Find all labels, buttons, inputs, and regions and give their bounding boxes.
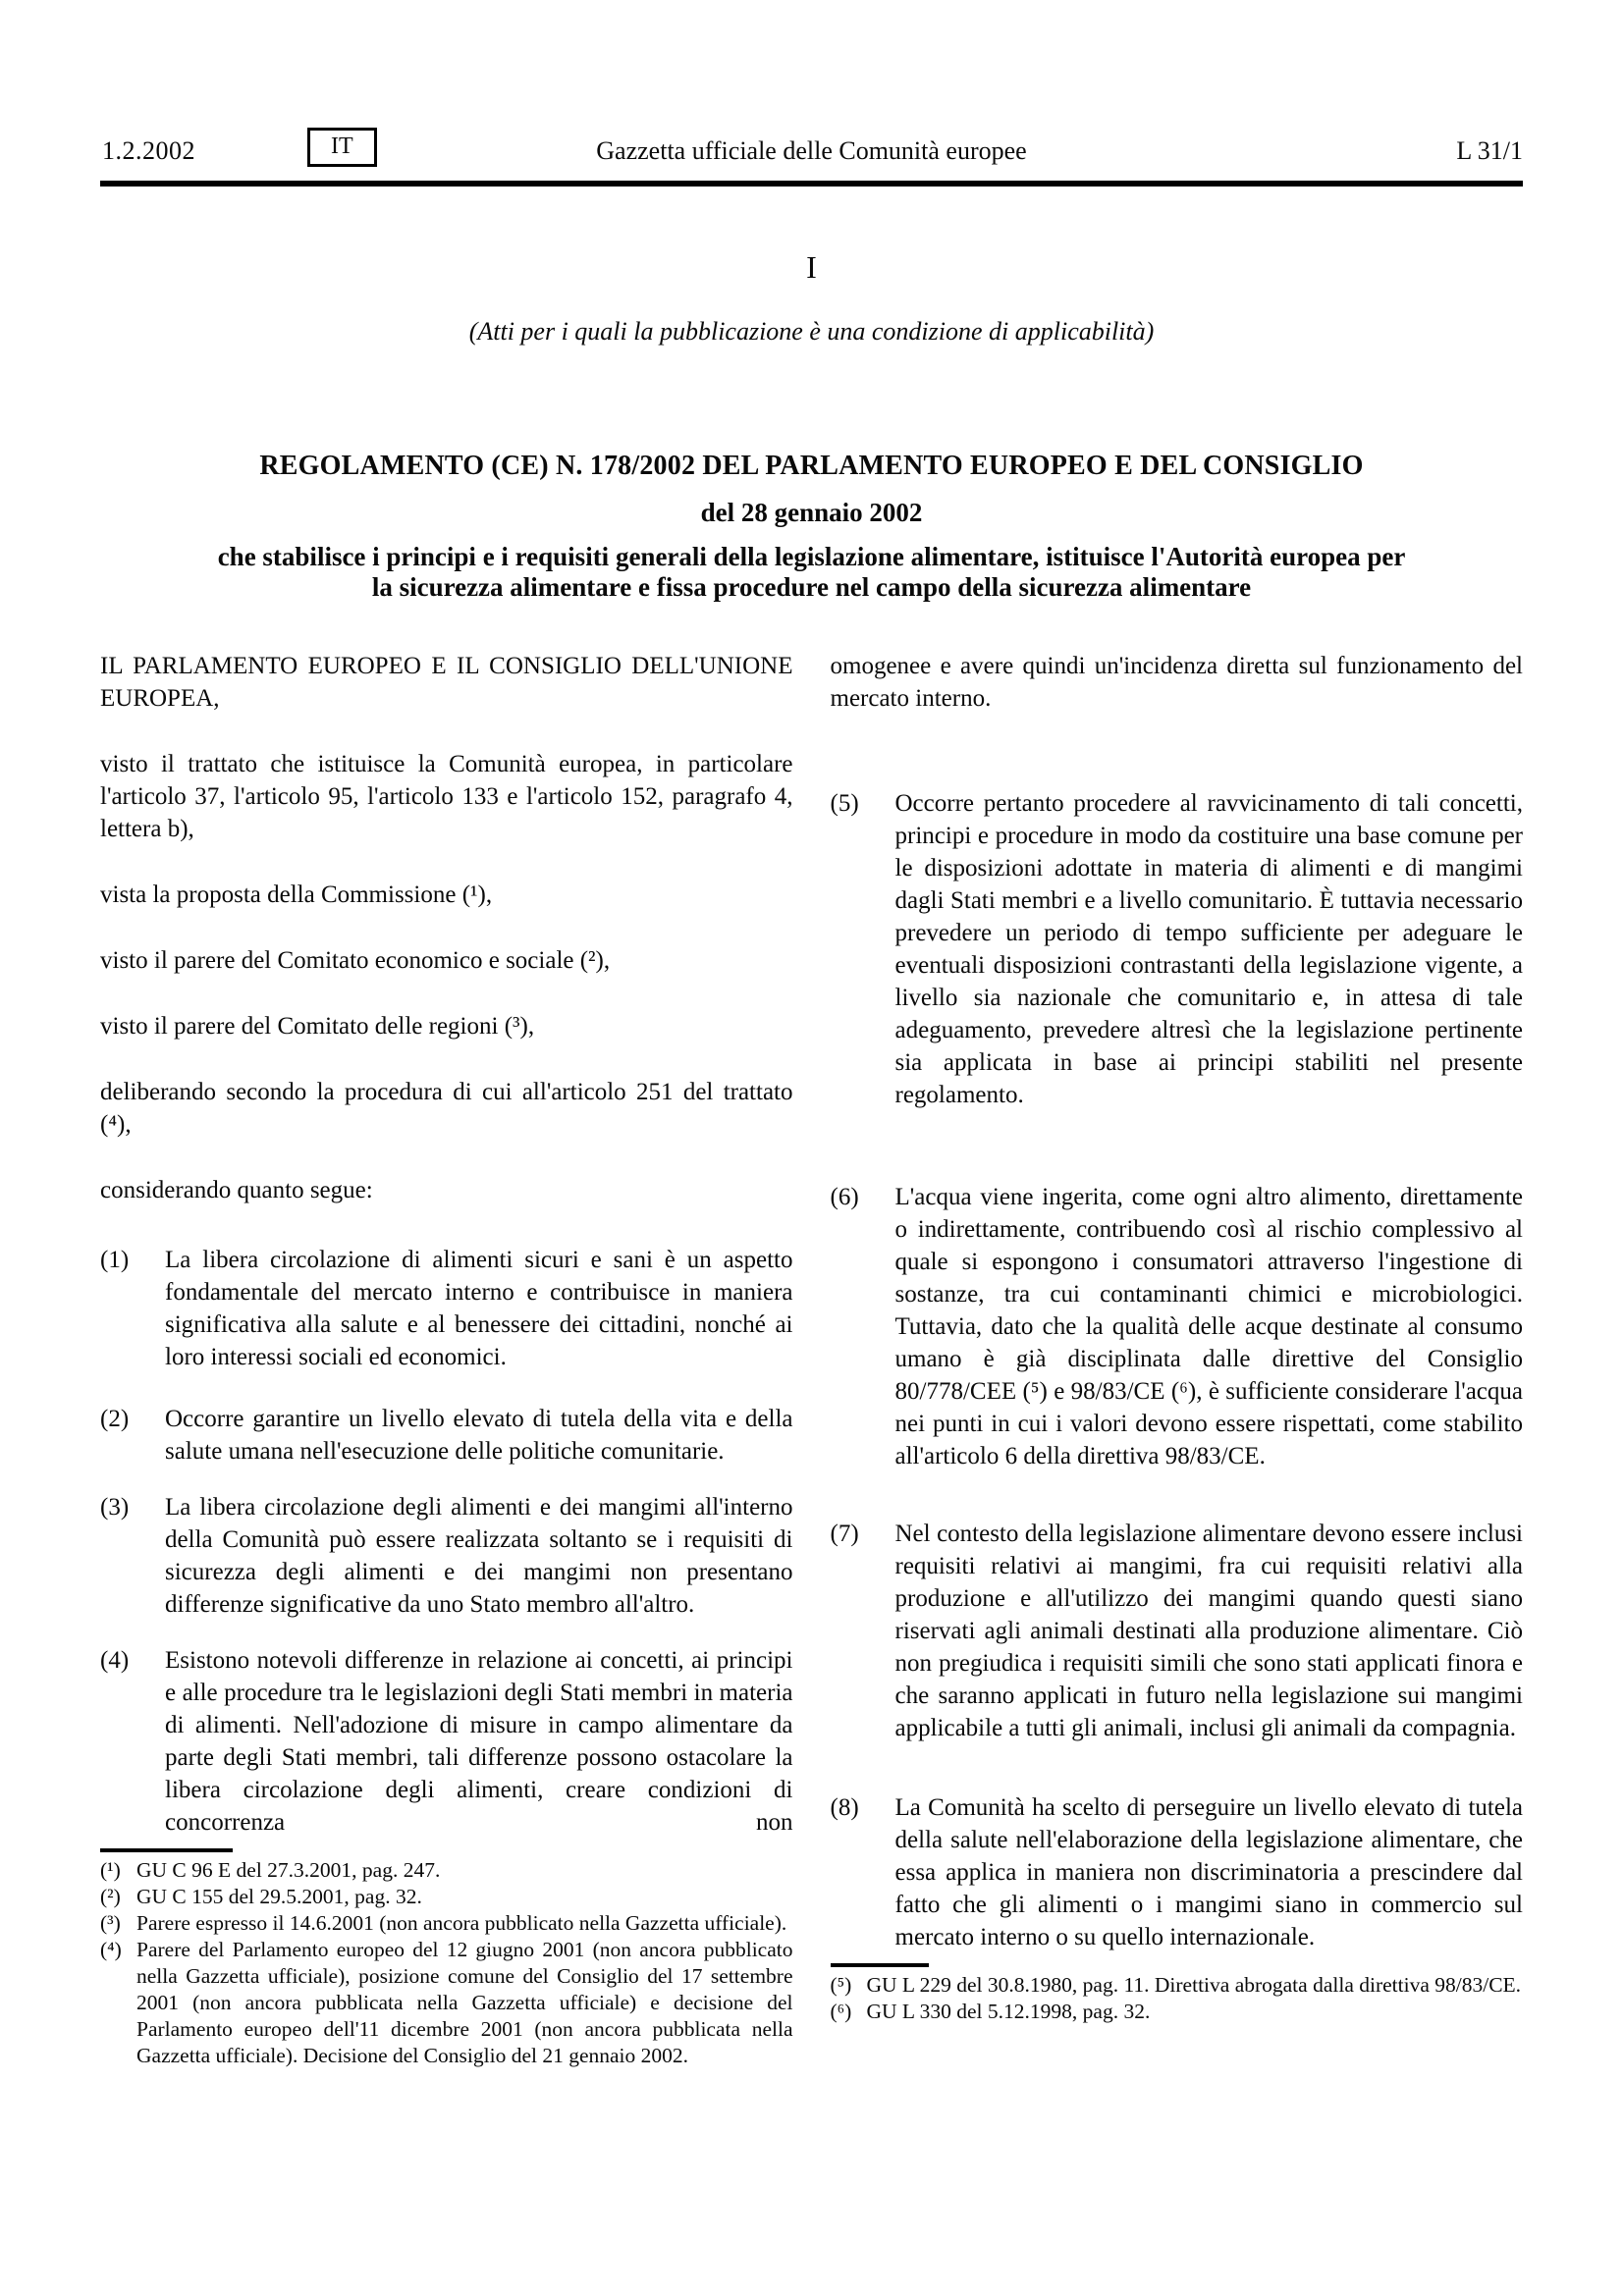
- recital-2: (2) Occorre garantire un livello elevato…: [100, 1403, 793, 1468]
- page-header: 1.2.2002 IT Gazzetta ufficiale delle Com…: [100, 128, 1523, 173]
- recital-8: (8) La Comunità ha scelto di perseguire …: [831, 1791, 1524, 1953]
- recital-number: (1): [100, 1244, 165, 1373]
- footnote-text: Parere espresso il 14.6.2001 (non ancora…: [136, 1910, 793, 1937]
- footnote-marker: (⁴): [100, 1937, 136, 2069]
- recital-3: (3) La libera circolazione degli aliment…: [100, 1491, 793, 1621]
- recital-text: Esistono notevoli differenze in relazion…: [165, 1644, 793, 1839]
- citation-treaty: visto il trattato che istituisce la Comu…: [100, 748, 793, 845]
- header-rule: [100, 181, 1523, 187]
- citation-commission-proposal: vista la proposta della Commissione (¹),: [100, 879, 793, 911]
- footnote-text: GU L 330 del 5.12.1998, pag. 32.: [867, 1999, 1524, 2025]
- section-number: I: [100, 249, 1523, 286]
- act-subtitle: che stabilisce i principi e i requisiti …: [218, 542, 1406, 603]
- footnote-3: (³) Parere espresso il 14.6.2001 (non an…: [100, 1910, 793, 1937]
- footnote-marker: (²): [100, 1884, 136, 1910]
- preamble-parties: IL PARLAMENTO EUROPEO E IL CONSIGLIO DEL…: [100, 650, 793, 715]
- recital-4-continuation: omogenee e avere quindi un'incidenza dir…: [831, 650, 1524, 715]
- recital-text: Nel contesto della legislazione alimenta…: [895, 1518, 1524, 1744]
- act-title: REGOLAMENTO (CE) N. 178/2002 DEL PARLAME…: [100, 451, 1523, 482]
- recital-7: (7) Nel contesto della legislazione alim…: [831, 1518, 1524, 1744]
- section-subtitle: (Atti per i quali la pubblicazione è una…: [100, 317, 1523, 347]
- citation-procedure: deliberando secondo la procedura di cui …: [100, 1076, 793, 1141]
- recital-6: (6) L'acqua viene ingerita, come ogni al…: [831, 1181, 1524, 1472]
- footnote-2: (²) GU C 155 del 29.5.2001, pag. 32.: [100, 1884, 793, 1910]
- footnote-6: (⁶) GU L 330 del 5.12.1998, pag. 32.: [831, 1999, 1524, 2025]
- footnote-4: (⁴) Parere del Parlamento europeo del 12…: [100, 1937, 793, 2069]
- recital-text: Occorre garantire un livello elevato di …: [165, 1403, 793, 1468]
- recital-number: (8): [831, 1791, 895, 1953]
- footnote-text: GU C 155 del 29.5.2001, pag. 32.: [136, 1884, 793, 1910]
- footnote-marker: (³): [100, 1910, 136, 1937]
- recital-number: (7): [831, 1518, 895, 1744]
- recital-text: Occorre pertanto procedere al ravvicinam…: [895, 787, 1524, 1111]
- footnote-marker: (⁶): [831, 1999, 867, 2025]
- document-page: 1.2.2002 IT Gazzetta ufficiale delle Com…: [0, 0, 1623, 2296]
- recital-number: (4): [100, 1644, 165, 1839]
- recital-number: (2): [100, 1403, 165, 1468]
- footnote-separator: [831, 1963, 929, 1967]
- recital-4: (4) Esistono notevoli differenze in rela…: [100, 1644, 793, 1839]
- recital-5: (5) Occorre pertanto procedere al ravvic…: [831, 787, 1524, 1111]
- recital-number: (3): [100, 1491, 165, 1621]
- footnotes-right: (⁵) GU L 229 del 30.8.1980, pag. 11. Dir…: [831, 1963, 1524, 2025]
- footnote-1: (¹) GU C 96 E del 27.3.2001, pag. 247.: [100, 1857, 793, 1884]
- two-column-body: IL PARLAMENTO EUROPEO E IL CONSIGLIO DEL…: [100, 650, 1523, 2069]
- act-date-line: del 28 gennaio 2002: [100, 498, 1523, 528]
- footnote-separator: [100, 1848, 233, 1852]
- recital-number: (5): [831, 787, 895, 1111]
- recital-text: La libera circolazione degli alimenti e …: [165, 1491, 793, 1621]
- considerando-lead-in: considerando quanto segue:: [100, 1174, 793, 1206]
- recital-text: La Comunità ha scelto di perseguire un l…: [895, 1791, 1524, 1953]
- footnote-text: GU L 229 del 30.8.1980, pag. 11. Diretti…: [867, 1972, 1524, 1999]
- footnote-marker: (¹): [100, 1857, 136, 1884]
- right-column: omogenee e avere quindi un'incidenza dir…: [831, 650, 1524, 2025]
- recital-number: (6): [831, 1181, 895, 1472]
- citation-committee-regions: visto il parere del Comitato delle regio…: [100, 1010, 793, 1042]
- left-column: IL PARLAMENTO EUROPEO E IL CONSIGLIO DEL…: [100, 650, 793, 2069]
- header-date: 1.2.2002: [102, 136, 195, 166]
- page-reference: L 31/1: [1456, 136, 1523, 166]
- footnote-text: Parere del Parlamento europeo del 12 giu…: [136, 1937, 793, 2069]
- footnotes-left: (¹) GU C 96 E del 27.3.2001, pag. 247. (…: [100, 1848, 793, 2069]
- recital-text: L'acqua viene ingerita, come ogni altro …: [895, 1181, 1524, 1472]
- footnote-text: GU C 96 E del 27.3.2001, pag. 247.: [136, 1857, 793, 1884]
- footnote-5: (⁵) GU L 229 del 30.8.1980, pag. 11. Dir…: [831, 1972, 1524, 1999]
- citation-economic-social-committee: visto il parere del Comitato economico e…: [100, 944, 793, 977]
- recital-1: (1) La libera circolazione di alimenti s…: [100, 1244, 793, 1373]
- footnote-marker: (⁵): [831, 1972, 867, 1999]
- recital-text: La libera circolazione di alimenti sicur…: [165, 1244, 793, 1373]
- language-code-box: IT: [307, 128, 377, 167]
